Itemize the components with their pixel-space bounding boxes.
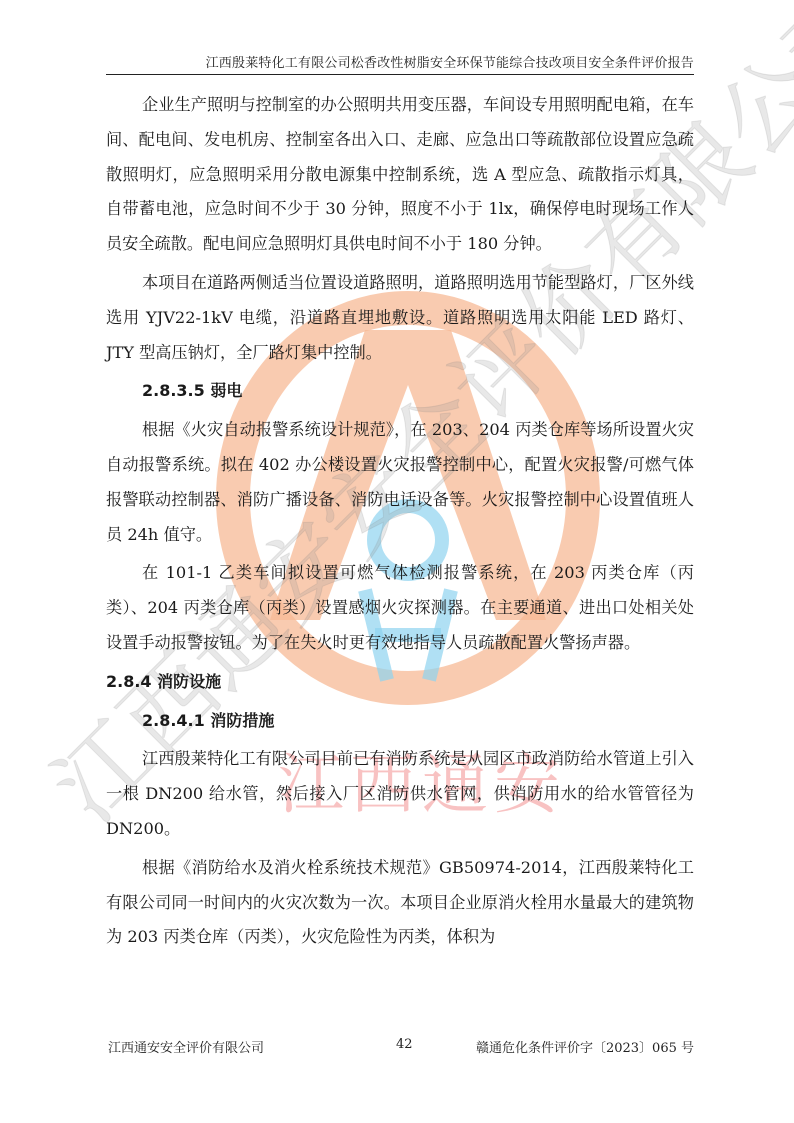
section-heading-2835: 2.8.3.5 弱电 (106, 374, 694, 409)
footer-document-number: 赣通危化条件评价字〔2023〕065 号 (476, 1037, 694, 1056)
paragraph-road-lighting: 本项目在道路两侧适当位置设道路照明，道路照明选用节能型路灯，厂区外线选用 YJV… (106, 266, 694, 370)
paragraph-fire-alarm-system: 根据《火灾自动报警系统设计规范》，在 203、204 丙类仓库等场所设置火灾自动… (106, 413, 694, 552)
document-body: 企业生产照明与控制室的办公照明共用变压器，车间设专用照明配电箱，在车间、配电间、… (106, 88, 694, 955)
section-heading-2841: 2.8.4.1 消防措施 (106, 704, 694, 739)
paragraph-fire-hydrant-spec: 根据《消防给水及消火栓系统技术规范》GB50974-2014，江西殷莱特化工有限… (106, 851, 694, 955)
document-page: 江西殷莱特化工有限公司松香改性树脂安全环保节能综合技改项目安全条件评价报告 江西… (0, 0, 794, 1123)
page-number: 42 (396, 1037, 413, 1052)
header-divider (106, 74, 694, 75)
paragraph-fire-water-supply: 江西殷莱特化工有限公司目前已有消防系统是从园区市政消防给水管道上引入一根 DN2… (106, 742, 694, 846)
running-header: 江西殷莱特化工有限公司松香改性树脂安全环保节能综合技改项目安全条件评价报告 (106, 52, 694, 71)
footer-company: 江西通安安全评价有限公司 (108, 1037, 264, 1056)
section-heading-284: 2.8.4 消防设施 (106, 665, 694, 700)
page-footer: 江西通安安全评价有限公司 42 赣通危化条件评价字〔2023〕065 号 (106, 1037, 694, 1057)
paragraph-gas-detection: 在 101-1 乙类车间拟设置可燃气体检测报警系统，在 203 丙类仓库（丙类）… (106, 556, 694, 660)
paragraph-lighting: 企业生产照明与控制室的办公照明共用变压器，车间设专用照明配电箱，在车间、配电间、… (106, 88, 694, 262)
